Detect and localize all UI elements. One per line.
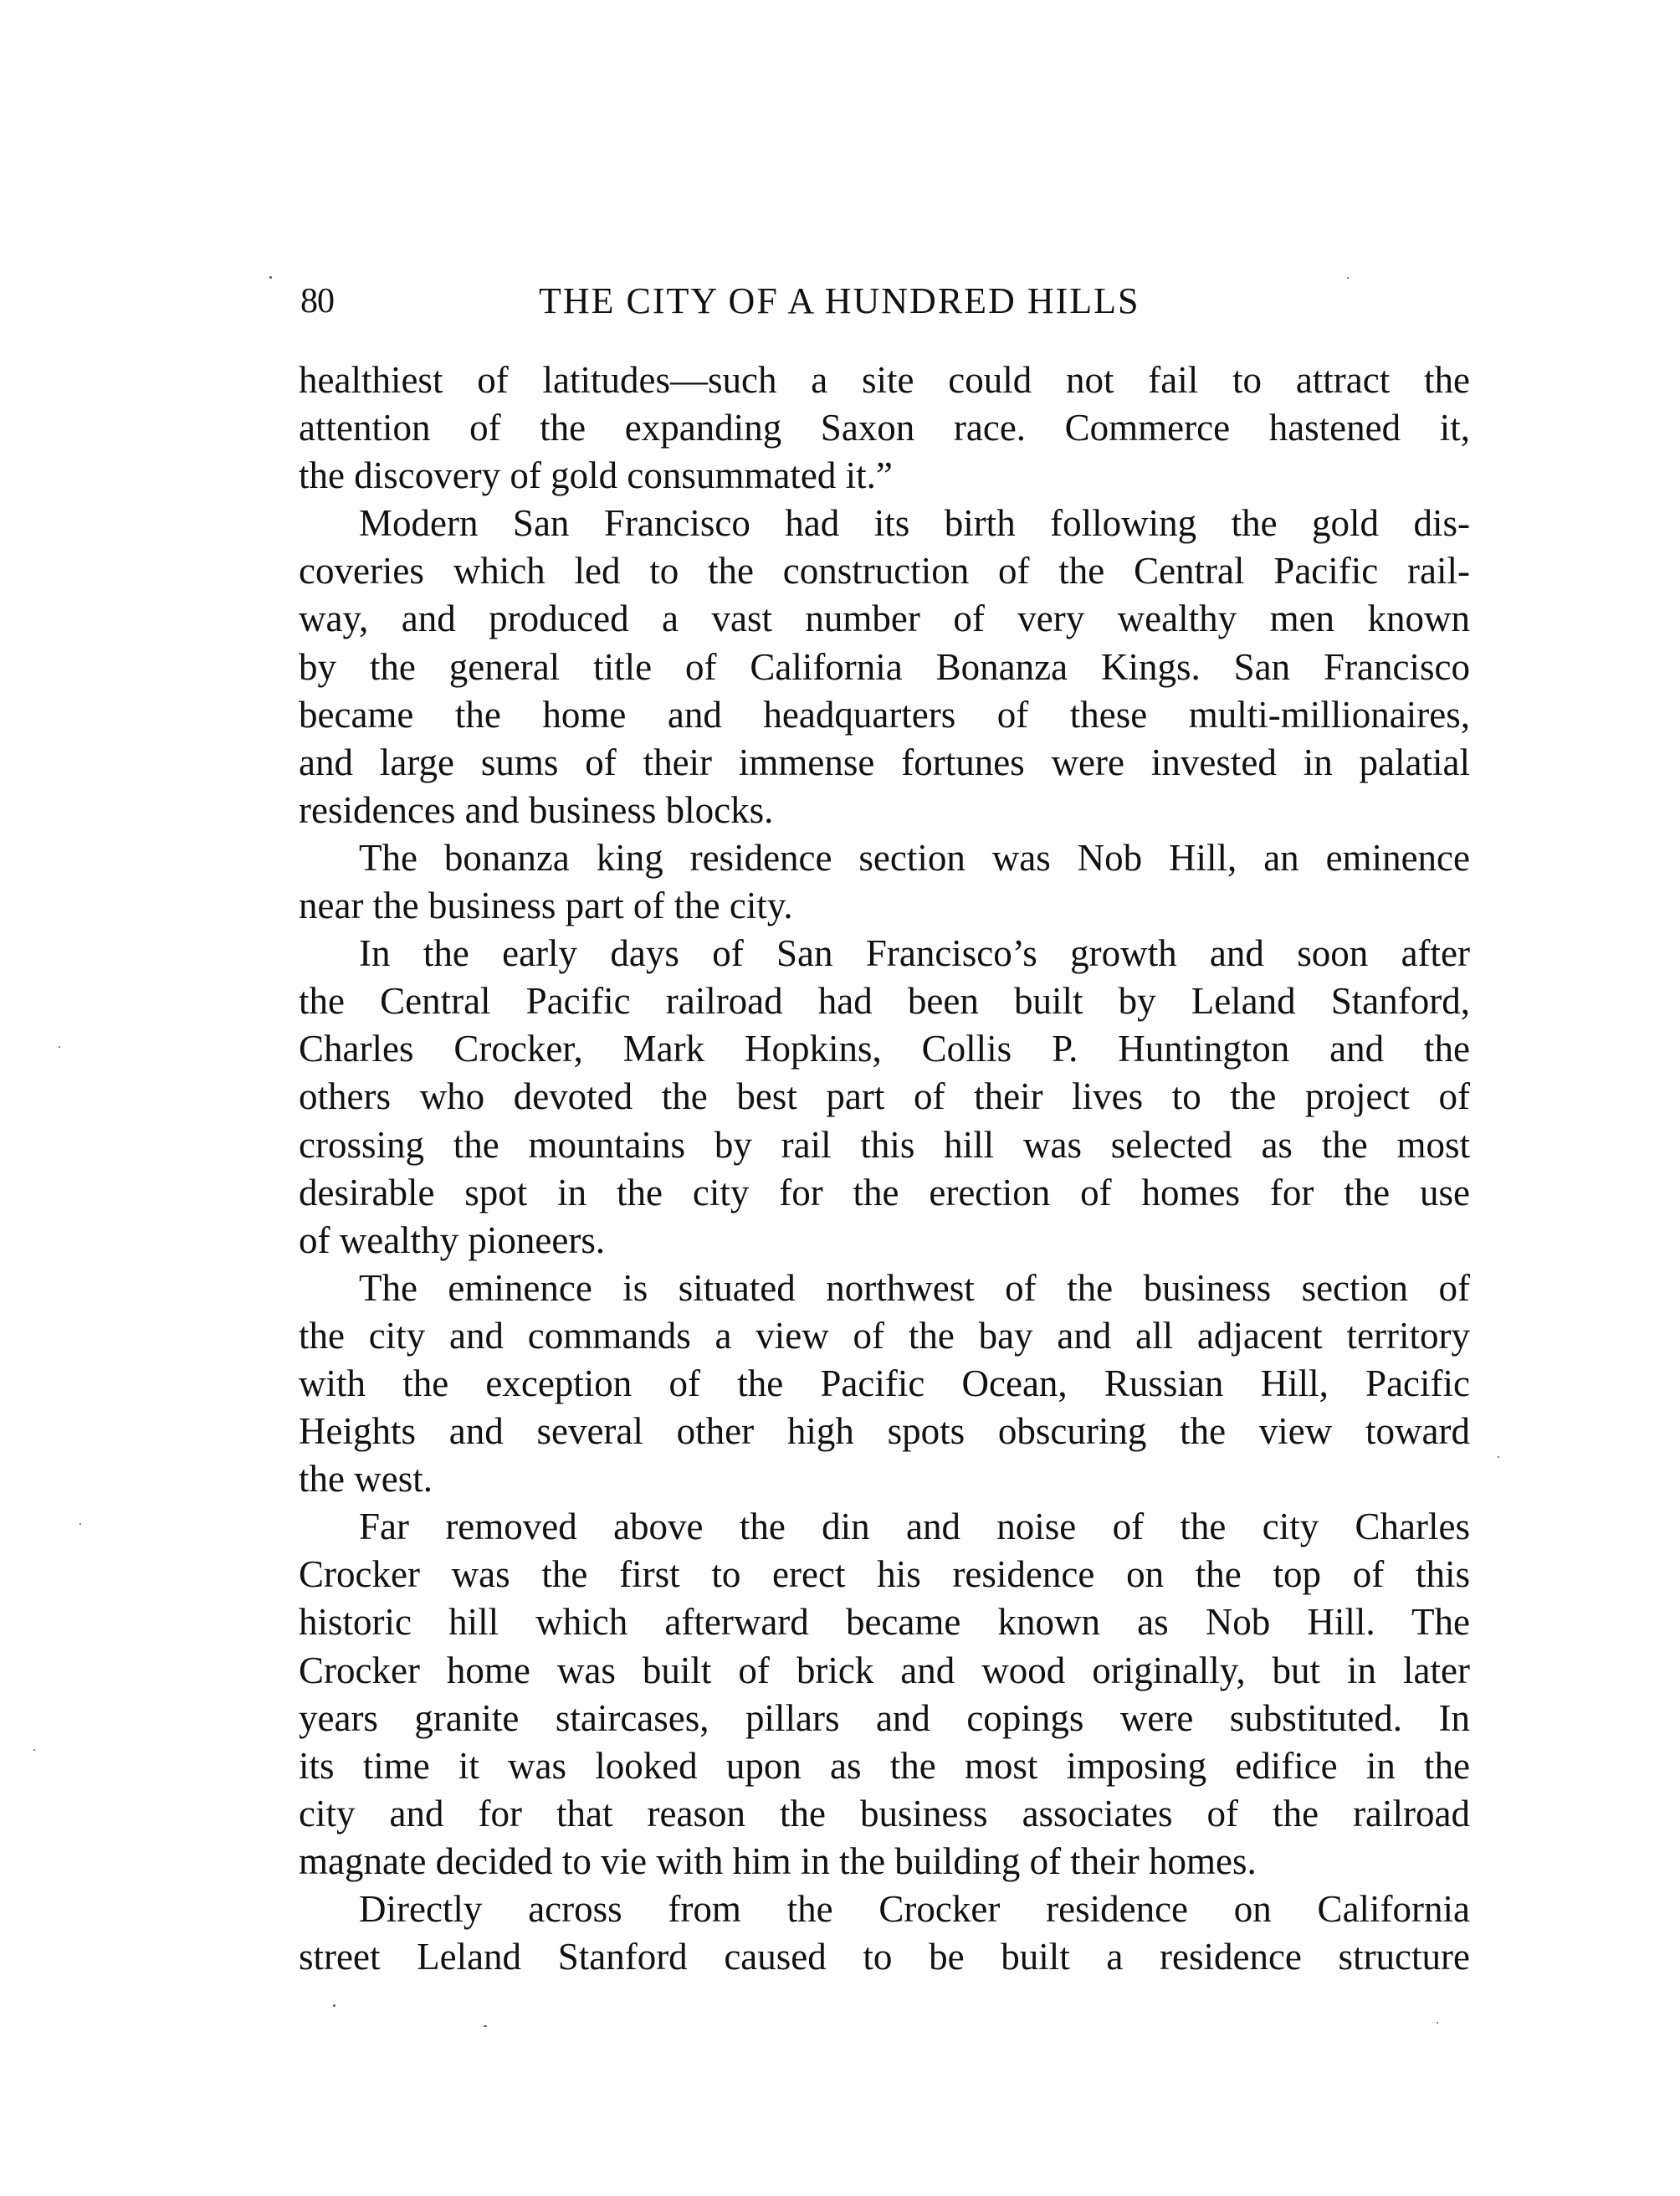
text-line: city and for that reason the business as…	[299, 1790, 1470, 1838]
text-line: Charles Crocker, Mark Hopkins, Collis P.…	[299, 1025, 1470, 1073]
running-title: THE CITY OF A HUNDRED HILLS	[539, 276, 1140, 326]
text-line: with the exception of the Pacific Ocean,…	[299, 1360, 1470, 1408]
text-line: Crocker home was built of brick and wood…	[299, 1647, 1470, 1695]
text-line: coveries which led to the construction o…	[299, 547, 1470, 595]
text-line: near the business part of the city.	[299, 882, 1470, 930]
book-page: 80 THE CITY OF A HUNDRED HILLS healthies…	[0, 0, 1680, 2196]
text-line: and large sums of their immense fortunes…	[299, 739, 1470, 787]
text-line: residences and business blocks.	[299, 787, 1470, 834]
text-line: the discovery of gold consummated it.”	[299, 452, 1470, 500]
text-line: street Leland Stanford caused to be buil…	[299, 1933, 1470, 1981]
text-line: In the early days of San Francisco’s gro…	[299, 930, 1470, 977]
text-line: the city and commands a view of the bay …	[299, 1312, 1470, 1360]
text-line: became the home and headquarters of thes…	[299, 691, 1470, 739]
text-line: desirable spot in the city for the erect…	[299, 1169, 1470, 1217]
text-line: attention of the expanding Saxon race. C…	[299, 404, 1470, 452]
scan-speck	[33, 1749, 35, 1751]
scan-speck	[269, 276, 272, 279]
text-line: the west.	[299, 1455, 1470, 1503]
text-line: years granite staircases, pillars and co…	[299, 1695, 1470, 1742]
scan-speck	[1498, 1456, 1499, 1458]
text-line: crossing the mountains by rail this hill…	[299, 1121, 1470, 1169]
scan-speck	[1437, 2022, 1438, 2024]
page-number: 80	[300, 276, 334, 326]
text-line: Far removed above the din and noise of t…	[299, 1503, 1470, 1551]
text-line: healthiest of latitudes—such a site coul…	[299, 357, 1470, 404]
text-line: Directly across from the Crocker residen…	[299, 1886, 1470, 1933]
text-line: by the general title of California Bonan…	[299, 644, 1470, 691]
scan-speck	[333, 2004, 335, 2007]
scan-speck	[1347, 277, 1349, 279]
text-line: way, and produced a vast number of very …	[299, 595, 1470, 643]
text-line: of wealthy pioneers.	[299, 1217, 1470, 1265]
text-line: Modern San Francisco had its birth follo…	[299, 500, 1470, 547]
text-line: the Central Pacific railroad had been bu…	[299, 977, 1470, 1025]
text-line: its time it was looked upon as the most …	[299, 1742, 1470, 1790]
text-line: The bonanza king residence section was N…	[299, 834, 1470, 882]
scan-speck	[484, 2025, 487, 2027]
text-line: magnate decided to vie with him in the b…	[299, 1838, 1470, 1886]
body-text: healthiest of latitudes—such a site coul…	[299, 357, 1470, 1981]
text-line: historic hill which afterward became kno…	[299, 1598, 1470, 1646]
scan-speck	[59, 1046, 60, 1048]
scan-speck	[79, 1523, 81, 1525]
text-line: Heights and several other high spots obs…	[299, 1408, 1470, 1455]
running-header: 80 THE CITY OF A HUNDRED HILLS	[299, 276, 1470, 326]
text-line: others who devoted the best part of thei…	[299, 1073, 1470, 1121]
text-line: Crocker was the first to erect his resid…	[299, 1551, 1470, 1598]
text-line: The eminence is situated northwest of th…	[299, 1265, 1470, 1312]
